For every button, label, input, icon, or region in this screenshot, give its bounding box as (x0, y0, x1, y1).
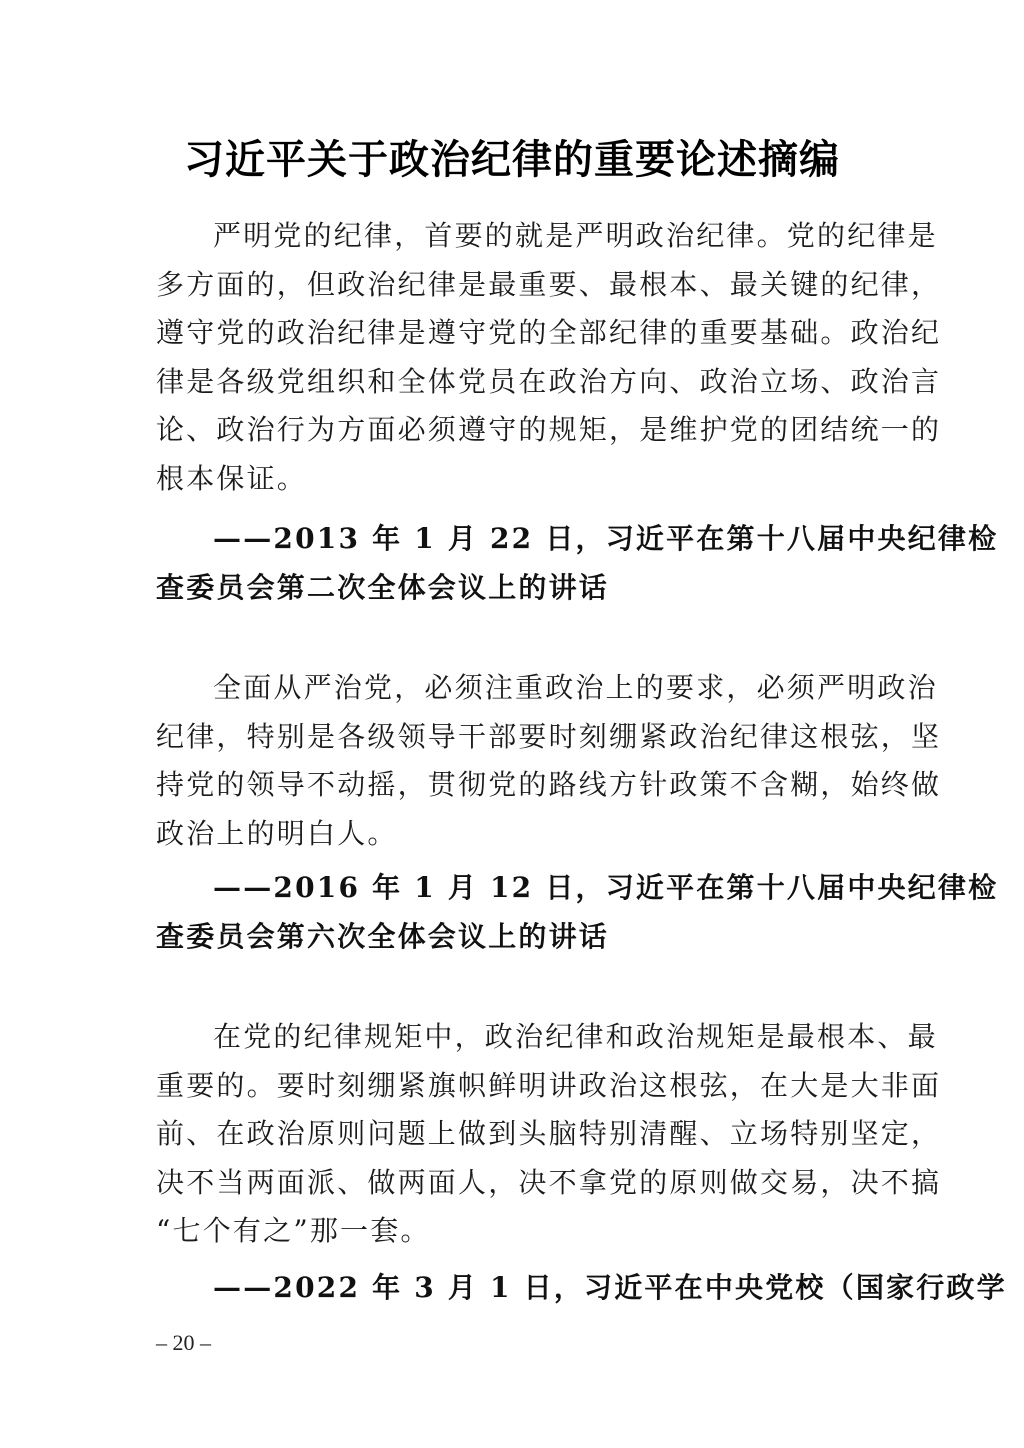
quote-paragraph-3: 在党的纪律规矩中，政治纪律和政治规矩是最根本、最 重要的。要时刻绷紧旗帜鲜明讲政… (156, 1013, 868, 1256)
paragraph-line: 严明党的纪律，首要的就是严明政治纪律。党的纪律是 (156, 212, 868, 261)
quote-source-1: ——2013 年 1 月 22 日，习近平在第十八届中央纪律检 查委员会第二次全… (156, 515, 868, 612)
source-line: ——2022 年 3 月 1 日，习近平在中央党校（国家行政学 (156, 1264, 868, 1313)
paragraph-line: “七个有之”那一套。 (156, 1207, 868, 1256)
paragraph-line: 重要的。要时刻绷紧旗帜鲜明讲政治这根弦，在大是大非面 (156, 1062, 868, 1111)
paragraph-line: 多方面的，但政治纪律是最重要、最根本、最关键的纪律， (156, 261, 868, 310)
source-line: 查委员会第六次全体会议上的讲话 (156, 913, 868, 962)
paragraph-line: 决不当两面派、做两面人，决不拿党的原则做交易，决不搞 (156, 1159, 868, 1208)
source-line: ——2016 年 1 月 12 日，习近平在第十八届中央纪律检 (156, 864, 868, 913)
paragraph-line: 遵守党的政治纪律是遵守党的全部纪律的重要基础。政治纪 (156, 309, 868, 358)
quote-source-2: ——2016 年 1 月 12 日，习近平在第十八届中央纪律检 查委员会第六次全… (156, 864, 868, 961)
document-page: 习近平关于政治纪律的重要论述摘编 严明党的纪律，首要的就是严明政治纪律。党的纪律… (0, 0, 1024, 1448)
source-line: 查委员会第二次全体会议上的讲话 (156, 564, 868, 613)
page-number: – 20 – (156, 1330, 211, 1356)
paragraph-line: 根本保证。 (156, 455, 868, 504)
document-title: 习近平关于政治纪律的重要论述摘编 (156, 130, 868, 190)
paragraph-line: 律是各级党组织和全体党员在政治方向、政治立场、政治言 (156, 358, 868, 407)
quote-paragraph-1: 严明党的纪律，首要的就是严明政治纪律。党的纪律是 多方面的，但政治纪律是最重要、… (156, 212, 868, 503)
paragraph-line: 持党的领导不动摇，贯彻党的路线方针政策不含糊，始终做 (156, 761, 868, 810)
paragraph-line: 在党的纪律规矩中，政治纪律和政治规矩是最根本、最 (156, 1013, 868, 1062)
paragraph-line: 论、政治行为方面必须遵守的规矩，是维护党的团结统一的 (156, 406, 868, 455)
quote-paragraph-2: 全面从严治党，必须注重政治上的要求，必须严明政治 纪律，特别是各级领导干部要时刻… (156, 664, 868, 858)
paragraph-line: 政治上的明白人。 (156, 810, 868, 859)
paragraph-line: 纪律，特别是各级领导干部要时刻绷紧政治纪律这根弦，坚 (156, 713, 868, 762)
quote-source-3: ——2022 年 3 月 1 日，习近平在中央党校（国家行政学 (156, 1264, 868, 1313)
paragraph-line: 前、在政治原则问题上做到头脑特别清醒、立场特别坚定， (156, 1110, 868, 1159)
paragraph-line: 全面从严治党，必须注重政治上的要求，必须严明政治 (156, 664, 868, 713)
source-line: ——2013 年 1 月 22 日，习近平在第十八届中央纪律检 (156, 515, 868, 564)
